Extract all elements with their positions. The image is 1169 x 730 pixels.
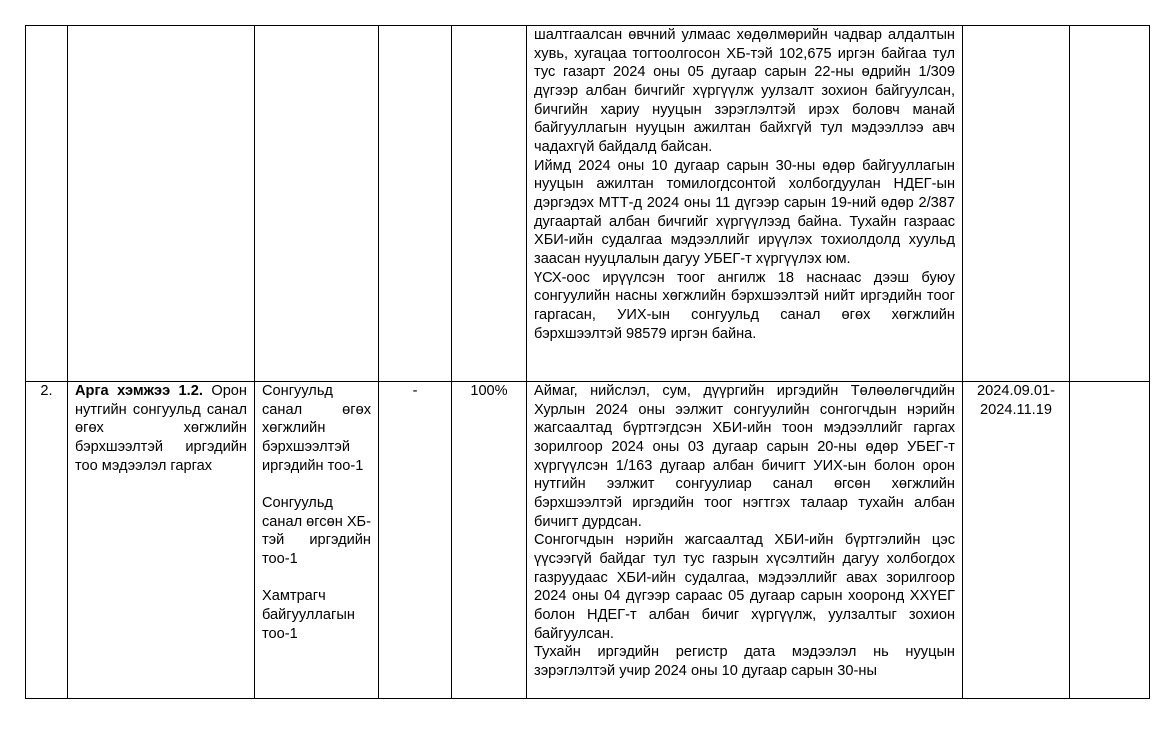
implementation-paragraph: Сонгогчдын нэрийн жагсаалтад ХБИ-ийн бүр… <box>534 531 955 643</box>
progress-cell: 100% <box>452 382 527 699</box>
baseline-cell <box>379 26 452 382</box>
indicator-item: Сонгуульд санал өгсөн ХБ-тэй иргэдийн то… <box>262 494 371 569</box>
implementation-cell: шалтгаалсан өвчний улмаас хөдөлмөрийн ча… <box>527 26 963 382</box>
note-cell <box>1070 382 1150 699</box>
note-cell <box>1070 26 1150 382</box>
row-number-cell <box>26 26 68 382</box>
measure-title: Арга хэмжээ 1.2. <box>75 383 203 399</box>
implementation-paragraph: шалтгаалсан өвчний улмаас хөдөлмөрийн ча… <box>534 26 955 157</box>
report-table: шалтгаалсан өвчний улмаас хөдөлмөрийн ча… <box>25 25 1150 699</box>
measure-cell <box>68 26 255 382</box>
indicator-cell <box>255 26 379 382</box>
implementation-paragraph: ҮСХ-оос ирүүлсэн тоог ангилж 18 наснаас … <box>534 269 955 344</box>
progress-cell <box>452 26 527 382</box>
period-cell: 2024.09.01- 2024.11.19 <box>963 382 1070 699</box>
table-row: 2. Арга хэмжээ 1.2. Орон нутгийн сонгуул… <box>26 382 1150 699</box>
row-number-cell: 2. <box>26 382 68 699</box>
implementation-paragraph: Тухайн иргэдийн регистр дата мэдээлэл нь… <box>534 643 955 680</box>
table-row: шалтгаалсан өвчний улмаас хөдөлмөрийн ча… <box>26 26 1150 382</box>
baseline-cell: - <box>379 382 452 699</box>
indicator-item: Сонгуульд санал өгөх хөгжлийн бэрхшээлтэ… <box>262 382 371 475</box>
indicator-cell: Сонгуульд санал өгөх хөгжлийн бэрхшээлтэ… <box>255 382 379 699</box>
period-cell <box>963 26 1070 382</box>
implementation-paragraph: Аймаг, нийслэл, сум, дүүргийн иргэдийн Т… <box>534 382 955 531</box>
indicator-item: Хамтрагч байгууллагын тоо-1 <box>262 587 371 643</box>
measure-cell: Арга хэмжээ 1.2. Орон нутгийн сонгуульд … <box>68 382 255 699</box>
implementation-paragraph: Иймд 2024 оны 10 дугаар сарын 30-ны өдөр… <box>534 157 955 269</box>
implementation-cell: Аймаг, нийслэл, сум, дүүргийн иргэдийн Т… <box>527 382 963 699</box>
